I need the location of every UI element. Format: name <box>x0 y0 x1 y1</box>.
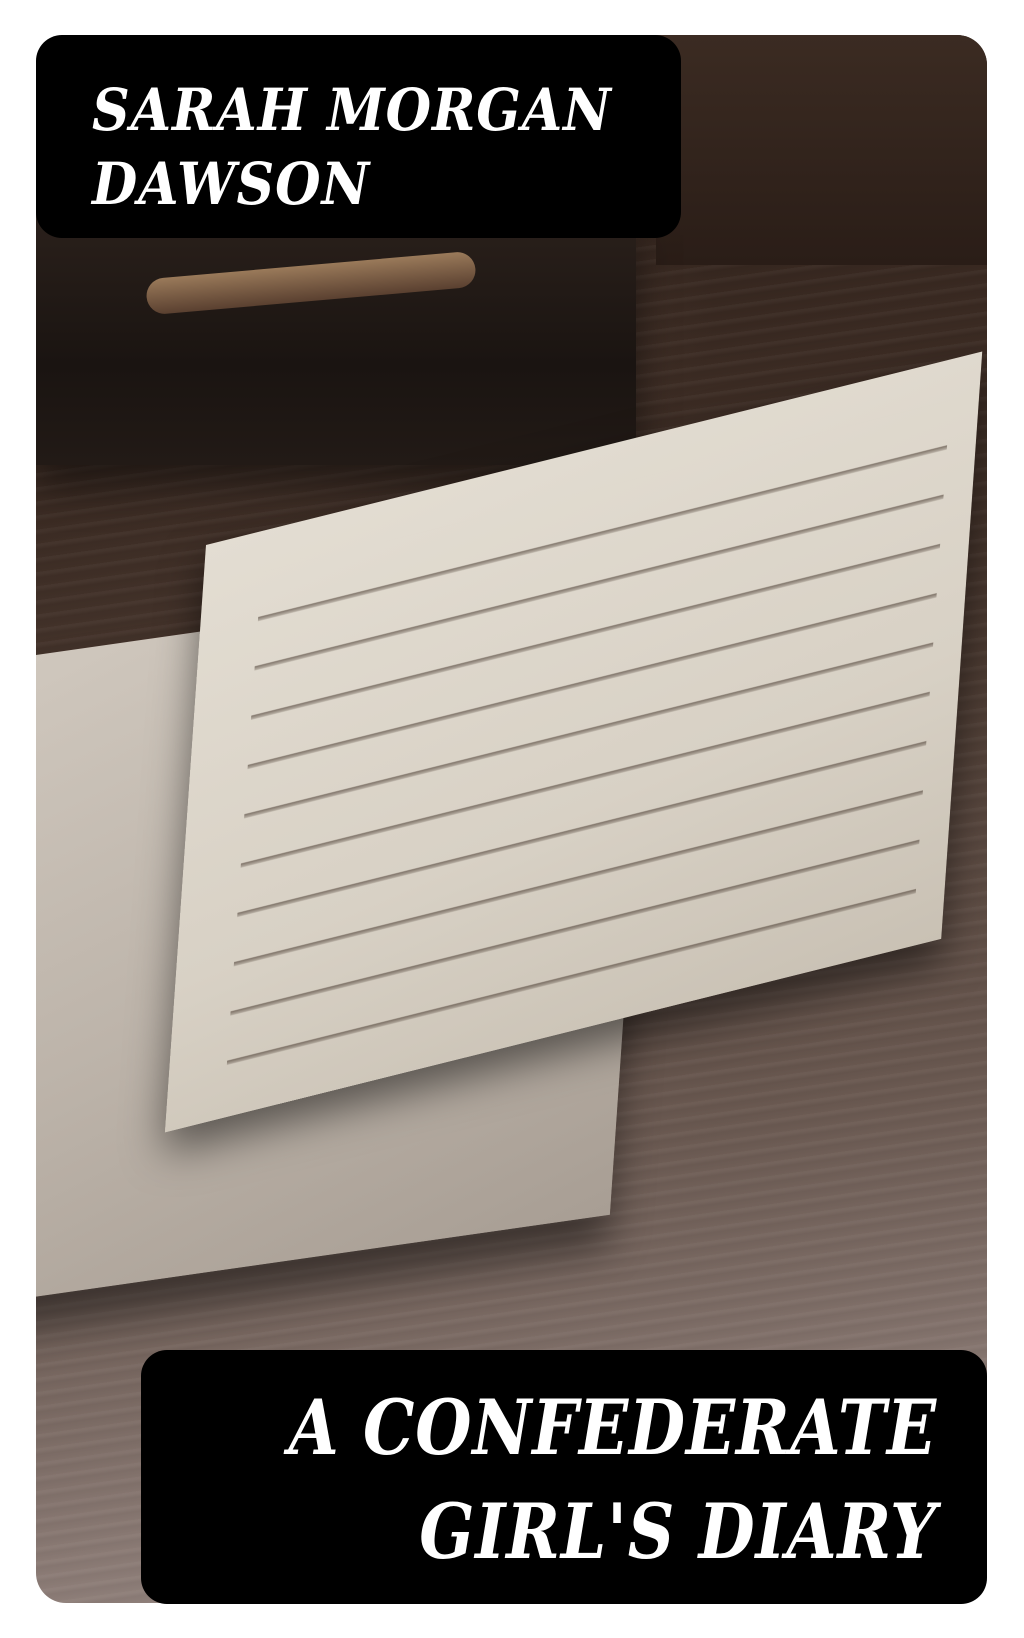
title-line-1: A CONFEDERATE <box>240 1376 937 1480</box>
book-title: A CONFEDERATE GIRL'S DIARY <box>240 1376 937 1584</box>
author-name: SARAH MORGAN DAWSON <box>92 73 623 221</box>
inkstand <box>36 215 636 465</box>
author-line-2: DAWSON <box>92 147 623 221</box>
title-label: A CONFEDERATE GIRL'S DIARY <box>141 1350 987 1604</box>
background-box <box>656 35 987 265</box>
author-label: SARAH MORGAN DAWSON <box>36 35 681 238</box>
title-line-2: GIRL'S DIARY <box>240 1480 937 1584</box>
author-line-1: SARAH MORGAN <box>92 73 623 147</box>
